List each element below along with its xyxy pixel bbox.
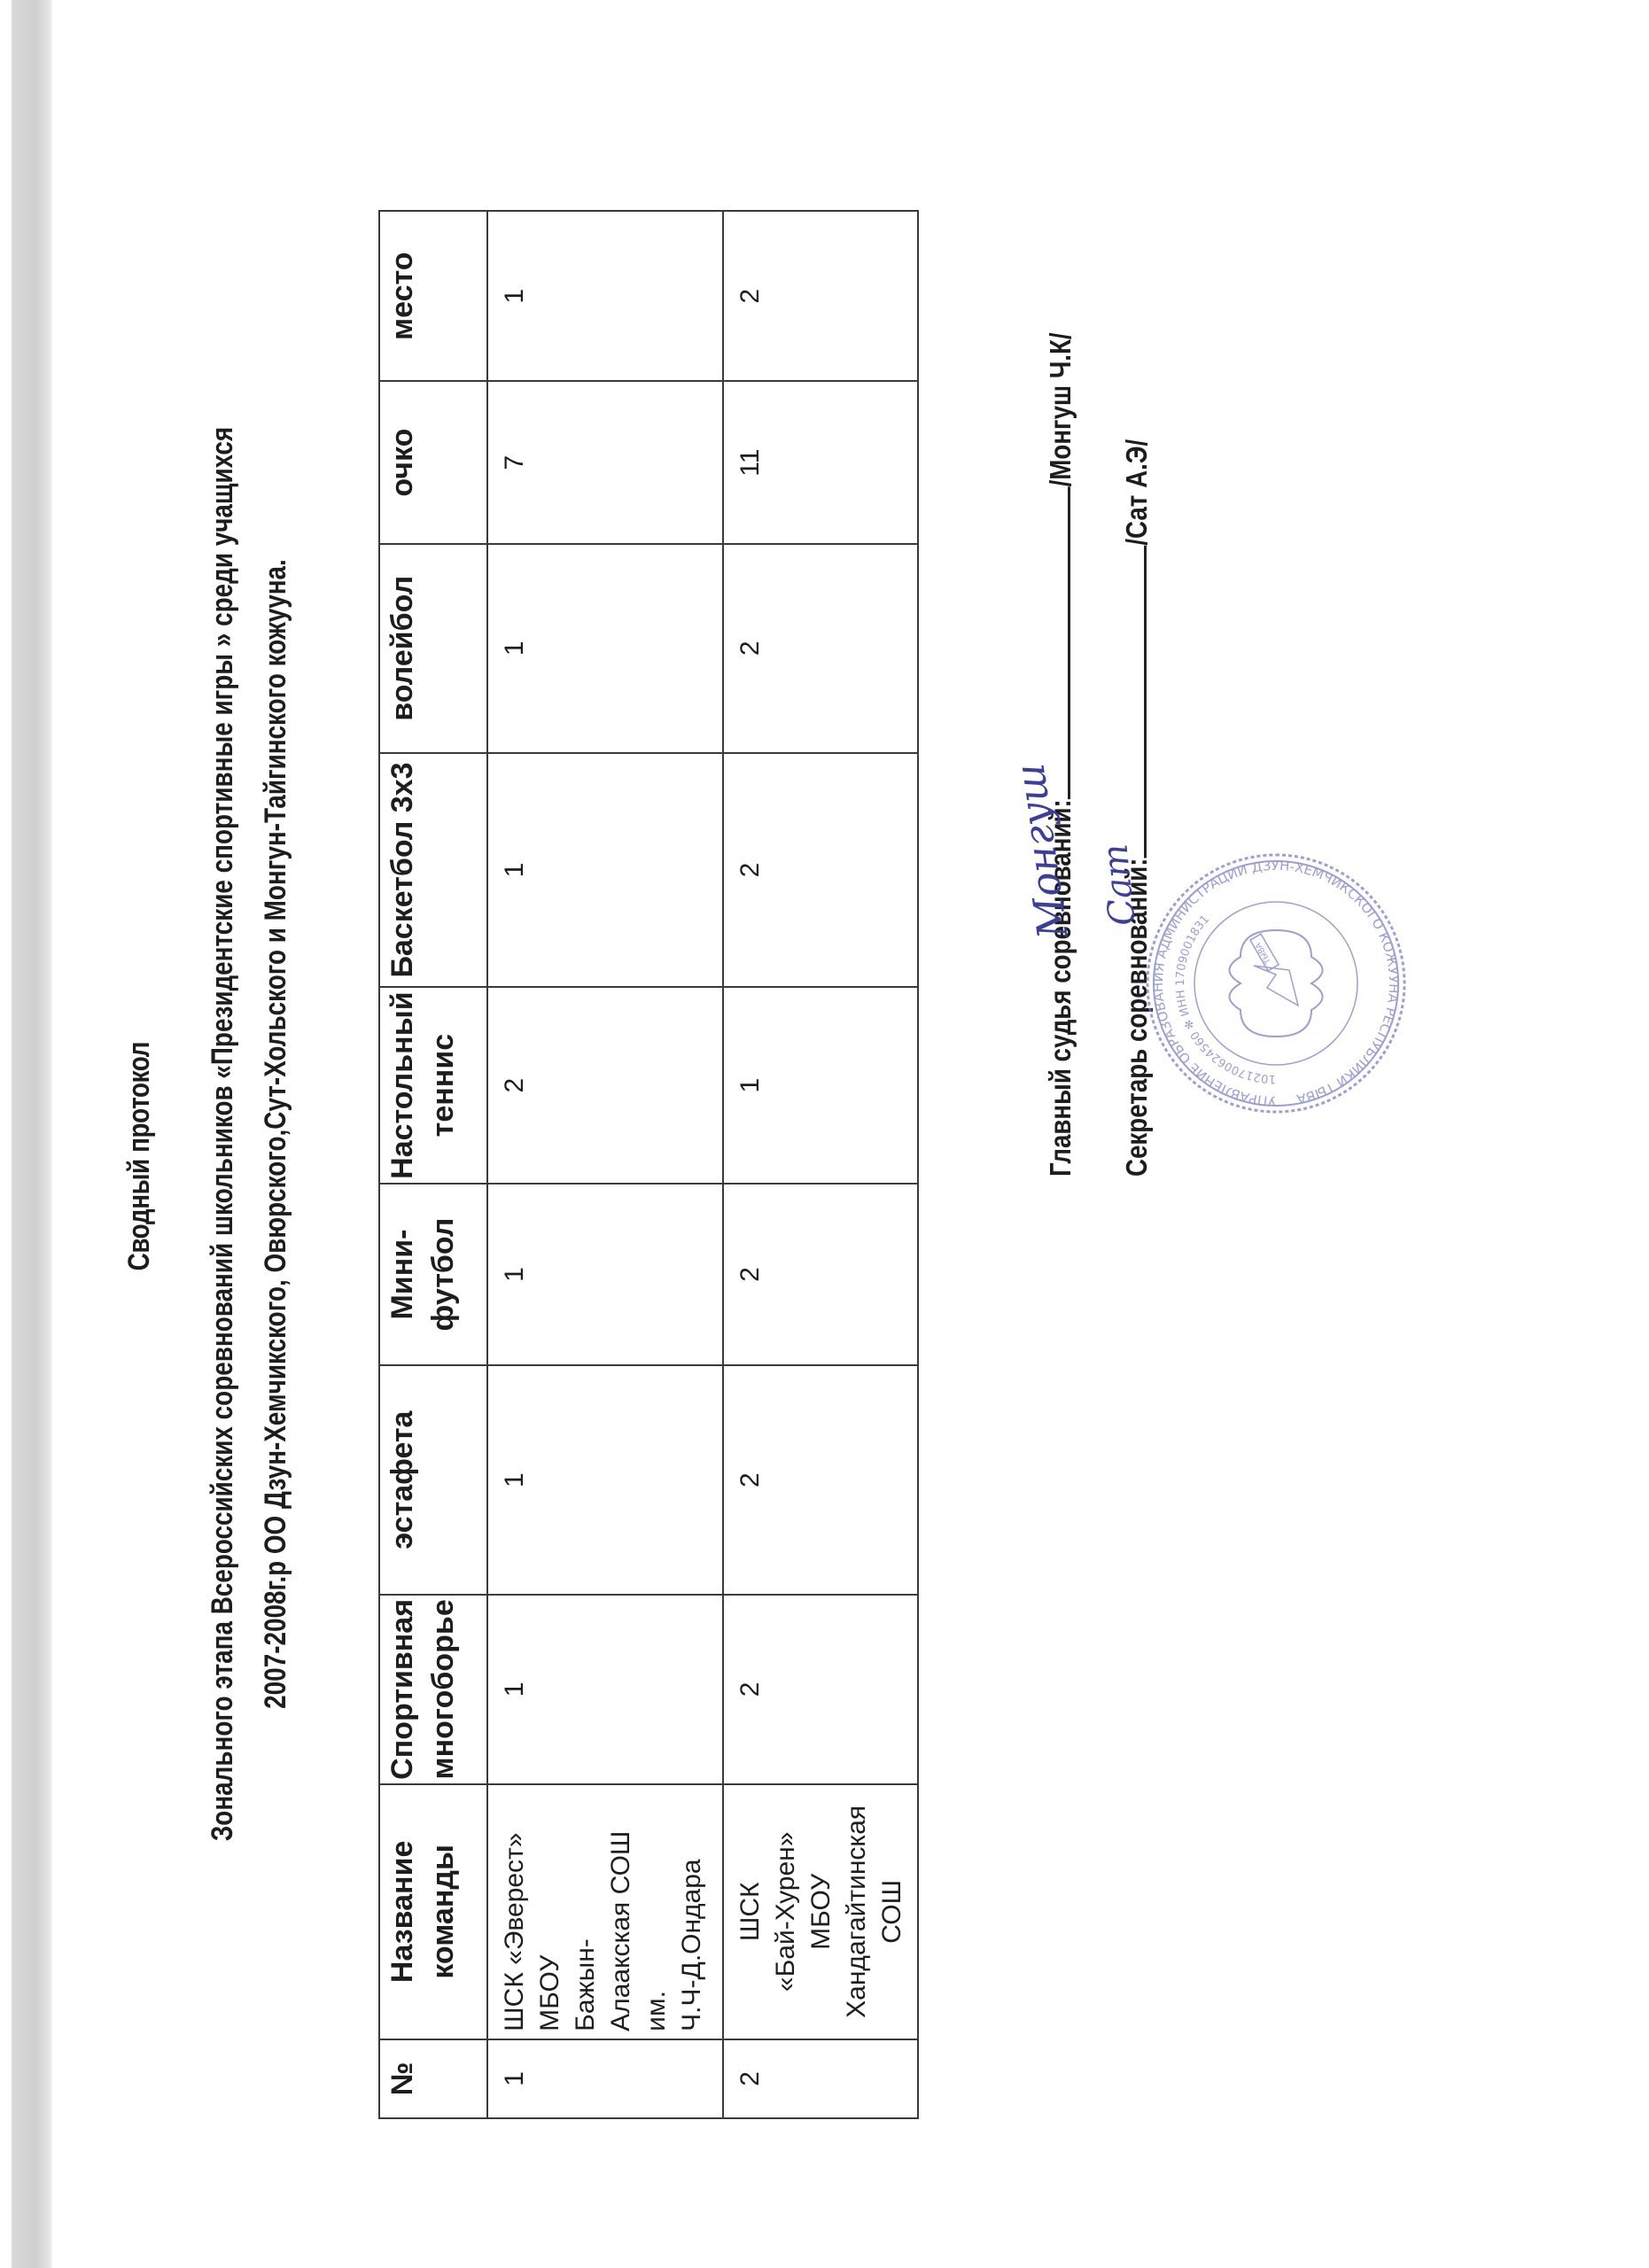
stamp-outer-text: УПРАВЛЕНИЕ ОБРАЗОВАНИЯ АДМИНИСТРАЦИИ ДЗУ… [1150, 858, 1402, 1109]
team-name-line: им. [639, 1792, 674, 2031]
cell-multisport: 2 [723, 1595, 918, 1784]
team-name-line: МБОУ [533, 1792, 568, 2031]
cell-number: 1 [487, 2039, 723, 2118]
cell-multisport: 1 [487, 1595, 723, 1784]
team-name-line: МБОУ [804, 1792, 839, 2031]
chief-judge-signature-line [1068, 486, 1070, 799]
header-points: очко [379, 381, 487, 543]
team-name-line: Ч.Ч-Д.Ондара [674, 1792, 710, 2031]
cell-team-name: ШСК «Бай-Хурен» МБОУ Хандагайтинская СОШ [723, 1784, 918, 2039]
cell-mini-football: 1 [487, 1184, 723, 1365]
cell-number: 2 [723, 2039, 918, 2118]
header-team-name: Название команды [379, 1784, 487, 2039]
official-stamp-icon: УПРАВЛЕНИЕ ОБРАЗОВАНИЯ АДМИНИСТРАЦИИ ДЗУ… [1143, 850, 1409, 1116]
cell-table-tennis: 2 [487, 987, 723, 1183]
header-multisport: Спортивная многоборье [379, 1595, 487, 1784]
header-number: № [379, 2039, 487, 2118]
team-name-line: ШСК [733, 1792, 768, 2031]
header-basketball-3x3: Баскетбол 3х3 [379, 753, 487, 988]
secretary-handwritten-signature: Сат [1094, 842, 1143, 928]
table-row: 2 ШСК «Бай-Хурен» МБОУ Хандагайтинская С… [723, 211, 918, 2118]
team-name-line: СОШ [875, 1792, 910, 2031]
team-name-line: Бажын- [568, 1792, 603, 2031]
secretary-name: /Сат А.Э/ [1120, 439, 1153, 546]
chief-judge-name: /Монгуш Ч.К/ [1044, 332, 1077, 486]
header-mini-football: Мини-футбол [379, 1184, 487, 1365]
cell-relay: 2 [723, 1365, 918, 1595]
cell-place: 1 [487, 211, 723, 381]
team-name-line: Алаакская СОШ [603, 1792, 639, 2031]
cell-relay: 1 [487, 1365, 723, 1595]
secretary-signature-line [1144, 546, 1147, 858]
team-name-line: «Бай-Хурен» [768, 1792, 804, 2031]
cell-points: 7 [487, 381, 723, 543]
team-name-line: ШСК «Эверест» [497, 1792, 533, 2031]
cell-place: 2 [723, 211, 918, 381]
document-subtitle-line-2: 2007-2008г.р ОО Дзун-Хемчикского, Овюрск… [259, 204, 293, 2063]
stamp-ribbon-text: ТЫВА [1254, 940, 1273, 966]
cell-volleyball: 2 [723, 544, 918, 753]
chief-judge-signature-row: Главный судья соревнований:/Монгуш Ч.К/ [1044, 332, 1077, 1177]
cell-volleyball: 1 [487, 544, 723, 753]
document-title: Сводный протокол [122, 227, 157, 2086]
cell-points: 11 [723, 381, 918, 543]
table-row: 1 ШСК «Эверест» МБОУ Бажын- Алаакская СО… [487, 211, 723, 2118]
table-header-row: № Название команды Спортивная многоборье… [379, 211, 487, 2118]
team-name-line: Хандагайтинская [839, 1792, 875, 2031]
cell-basketball-3x3: 1 [487, 753, 723, 988]
cell-mini-football: 2 [723, 1184, 918, 1365]
cell-team-name: ШСК «Эверест» МБОУ Бажын- Алаакская СОШ … [487, 1784, 723, 2039]
header-volleyball: волейбол [379, 544, 487, 753]
header-relay: эстафета [379, 1365, 487, 1595]
document-subtitle-line-1: Зонального этапа Всероссийских соревнова… [206, 204, 240, 2063]
document-page: Сводный протокол Зонального этапа Всерос… [0, 0, 1649, 2268]
cell-basketball-3x3: 2 [723, 753, 918, 988]
header-place: место [379, 211, 487, 381]
header-table-tennis: Настольный теннис [379, 987, 487, 1183]
cell-table-tennis: 1 [723, 987, 918, 1183]
results-table: № Название команды Спортивная многоборье… [378, 210, 919, 2119]
